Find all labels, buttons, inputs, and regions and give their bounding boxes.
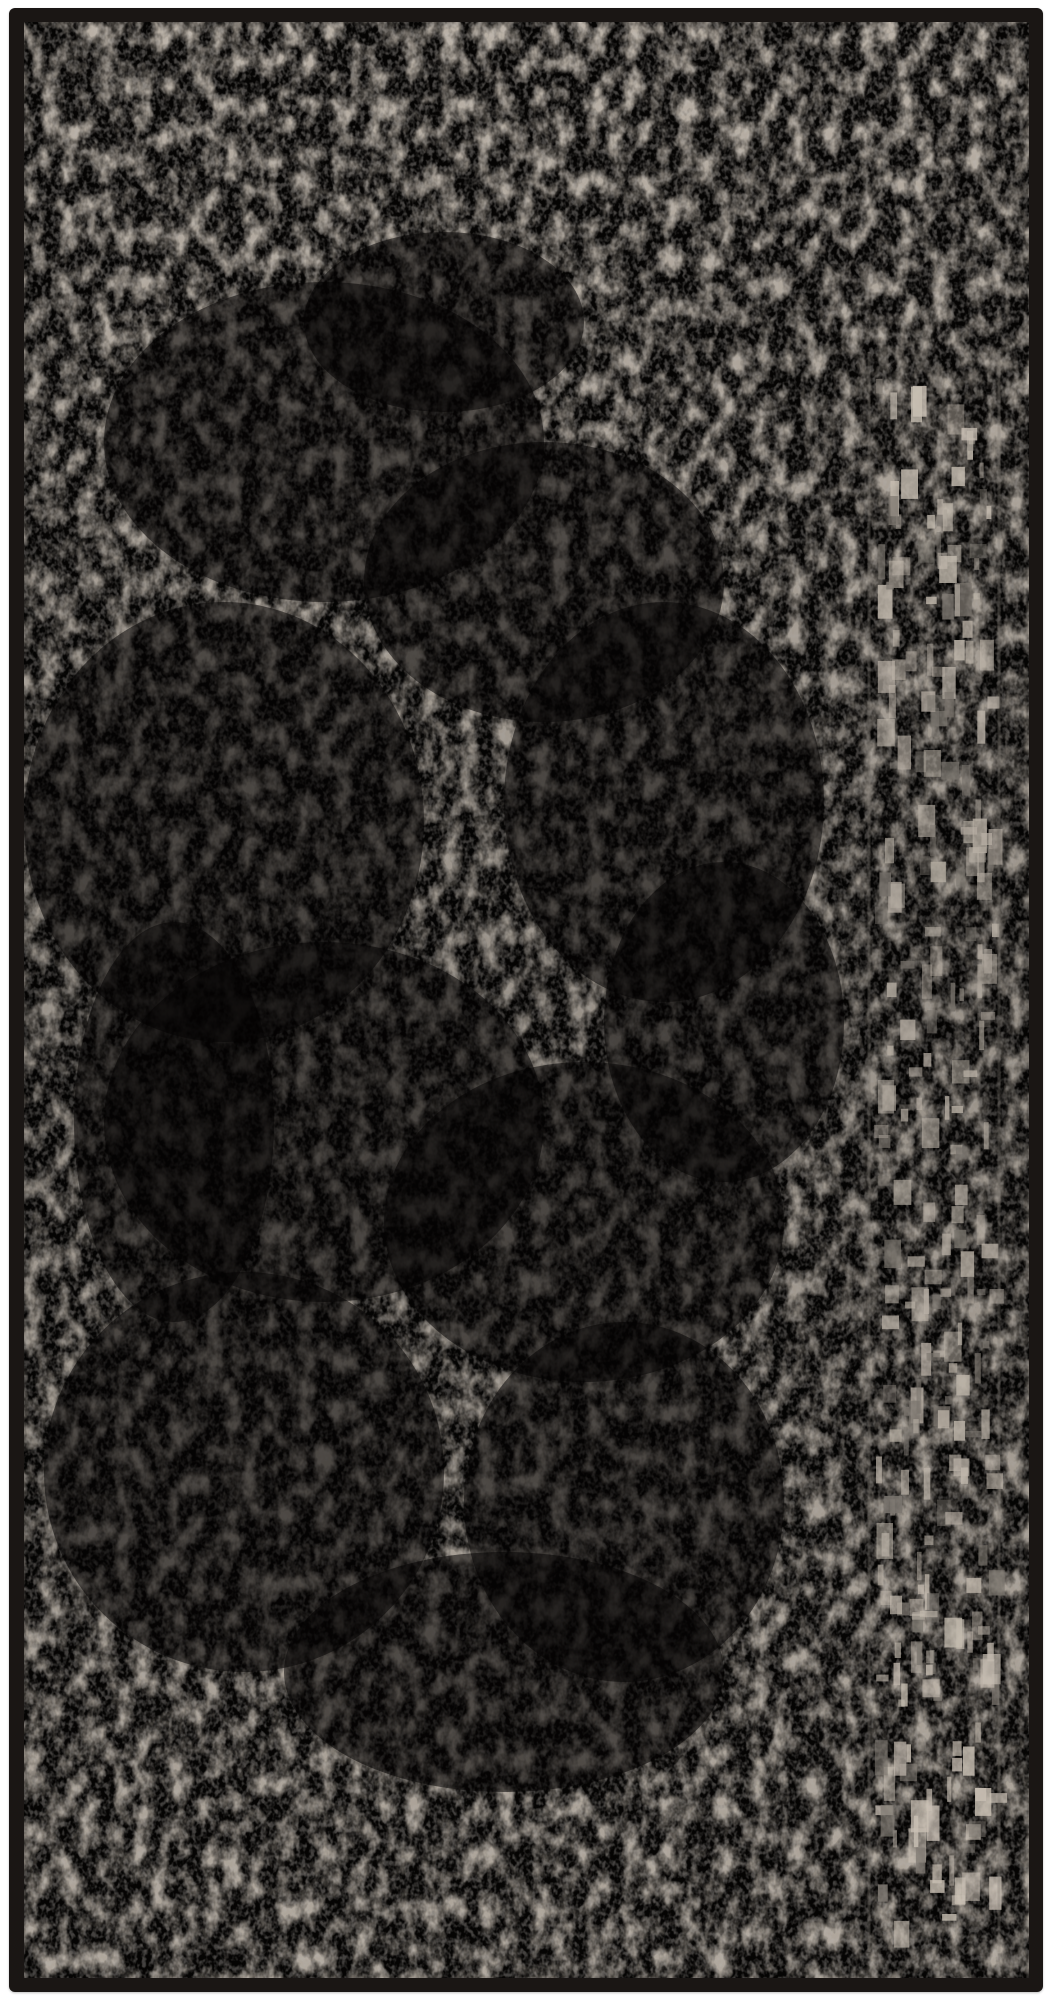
rug-pattern [24, 22, 1029, 1978]
rug [9, 8, 1043, 1992]
rug-texture [24, 22, 1029, 1978]
